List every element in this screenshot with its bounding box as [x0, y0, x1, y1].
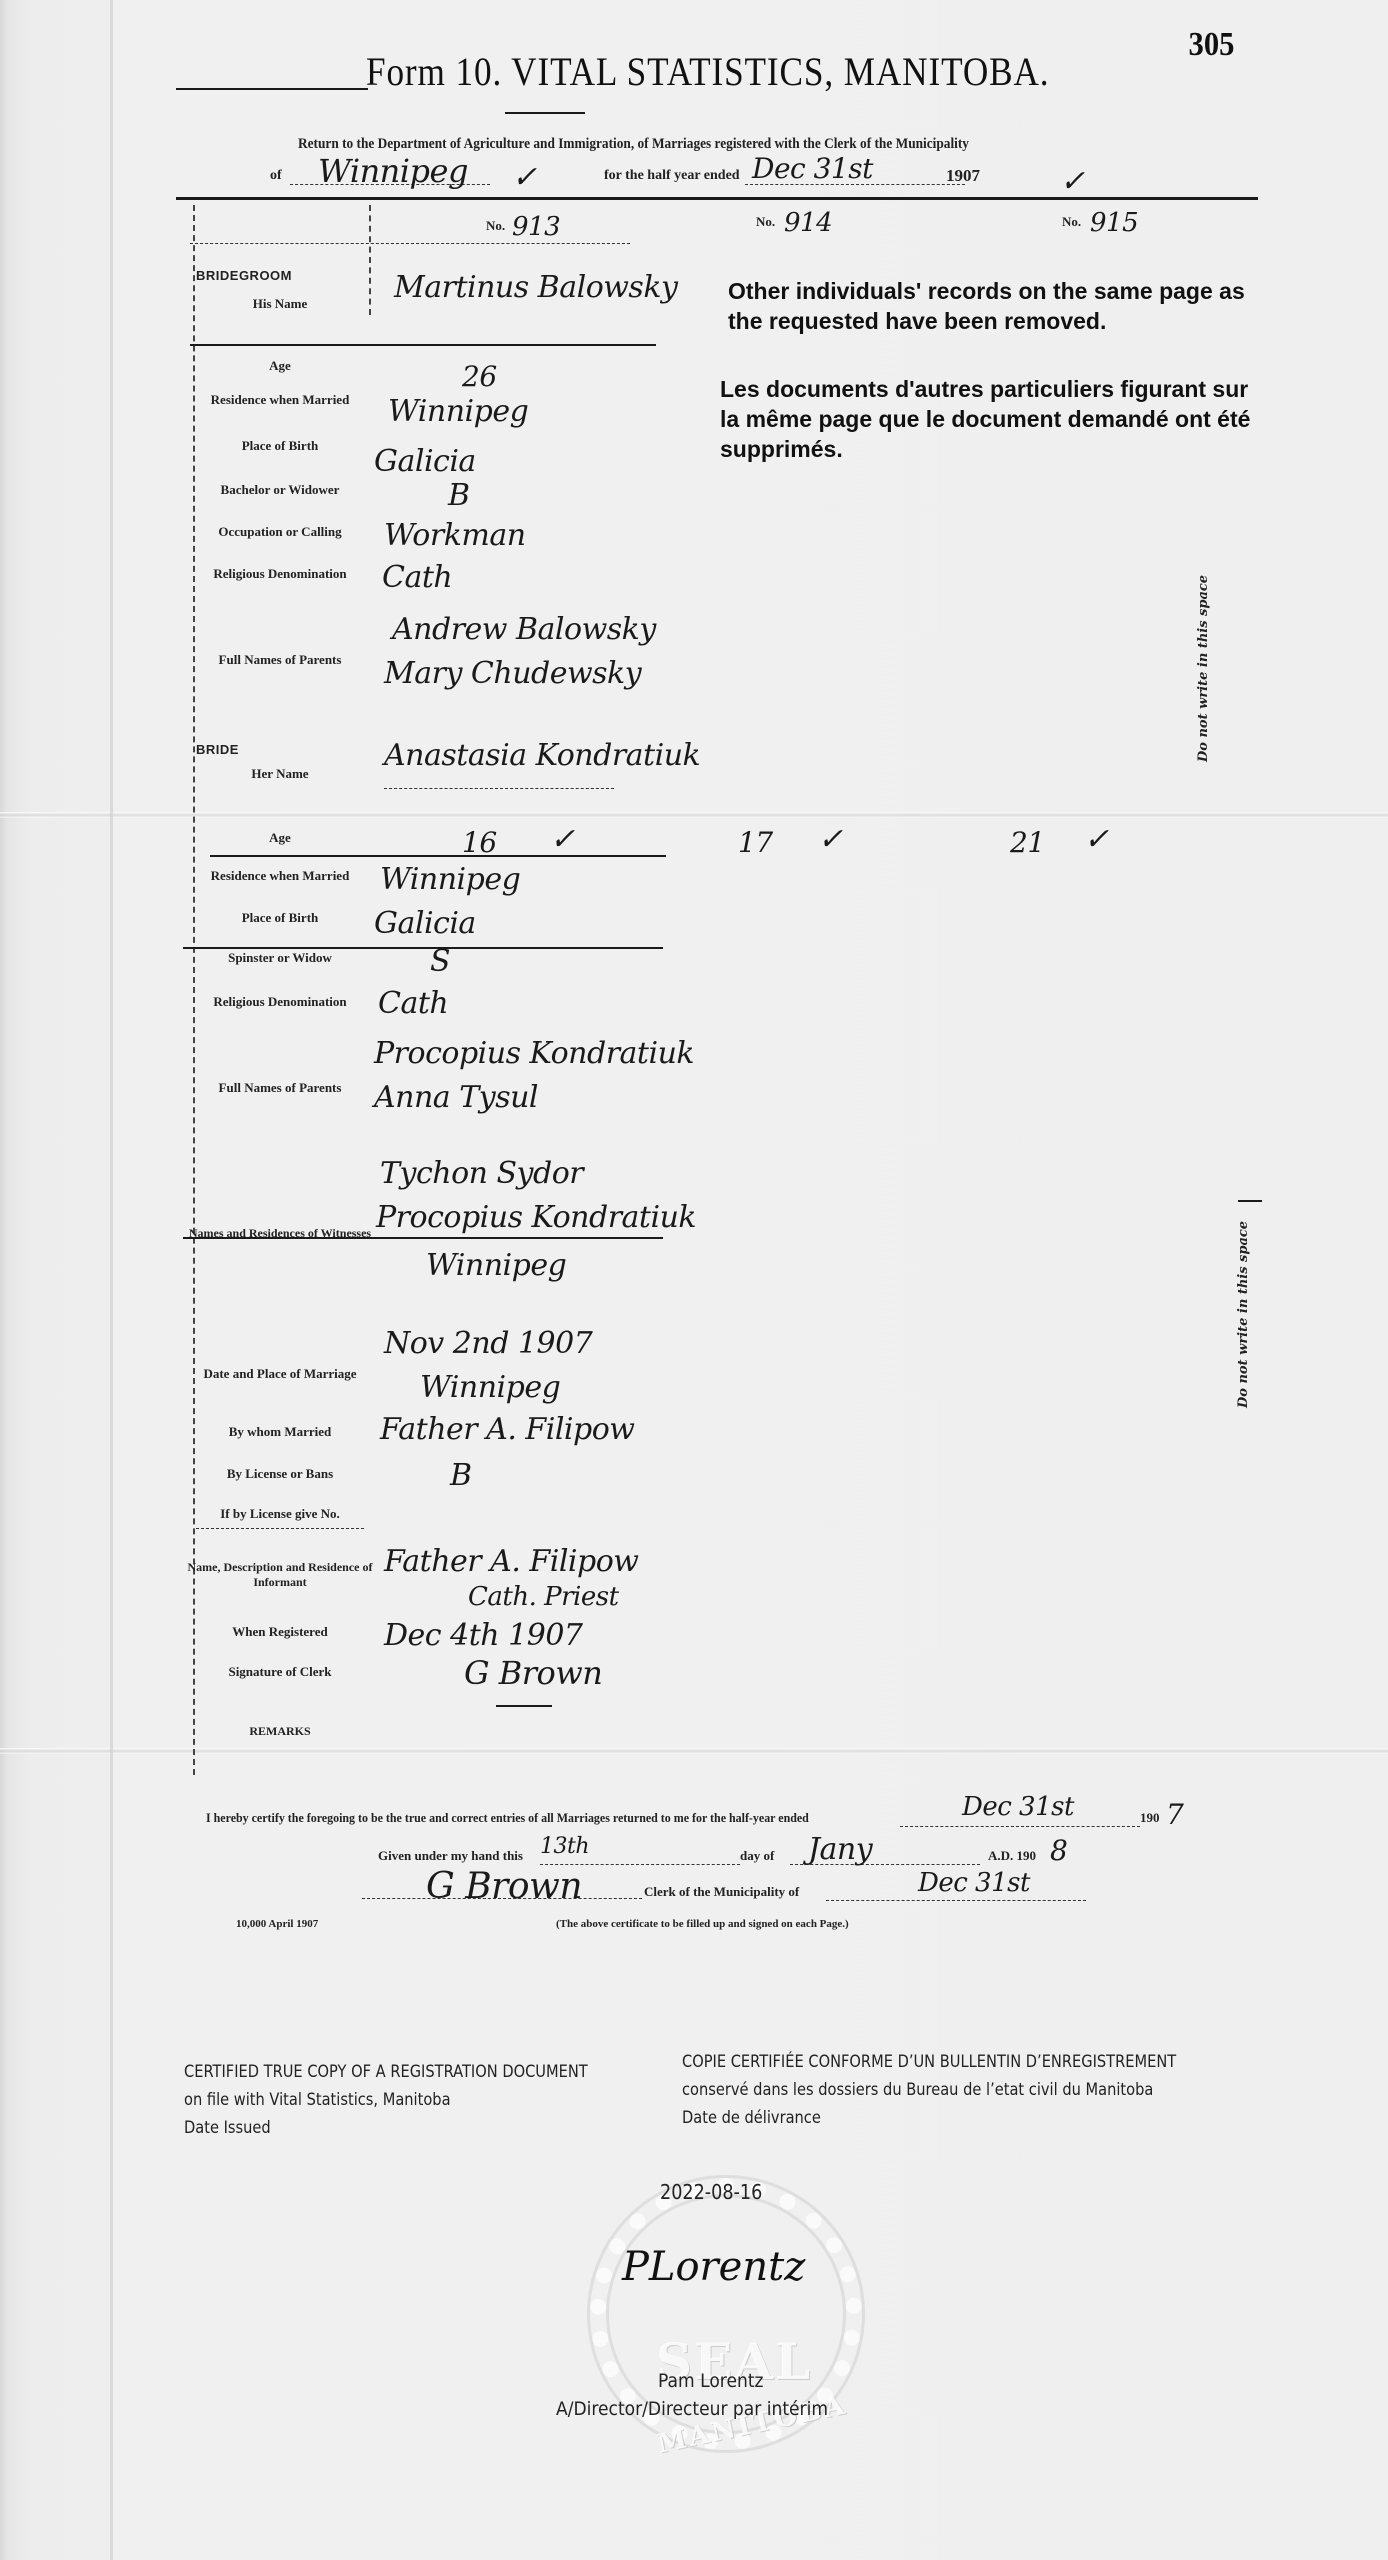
field-label-religion: Religious Denomination	[180, 566, 380, 582]
section-bridegroom: BRIDEGROOM	[196, 268, 396, 283]
other-record-age-914: 17	[738, 826, 773, 859]
field-value-license-bans: B	[450, 1458, 472, 1493]
field-value-witness-2: Procopius Kondratiuk	[376, 1200, 696, 1235]
field-label-his-name: His Name	[180, 296, 380, 312]
half-year-value: Dec 31st	[752, 152, 873, 185]
fold-crease	[0, 1748, 1388, 1754]
margin-note: Do not write in this space	[1236, 1221, 1251, 1408]
field-value-informant: Father A. Filipow	[384, 1544, 638, 1579]
field-label-bride-birthplace: Place of Birth	[180, 910, 380, 926]
field-value-witness-1: Tychon Sydor	[380, 1156, 583, 1191]
field-value-bride-religion: Cath	[378, 986, 448, 1021]
given-day: 13th	[540, 1834, 589, 1859]
form-title: Form 10. VITAL STATISTICS, MANITOBA.	[366, 48, 1049, 95]
redaction-notice-fr: Les documents d'autres particuliers figu…	[720, 374, 1260, 464]
field-value-bride-age: 16	[462, 826, 497, 859]
clerk-label: Clerk of the Municipality of	[644, 1884, 799, 1900]
field-label-marriage-date-place: Date and Place of Marriage	[180, 1366, 380, 1382]
field-value-clerk-signature: G Brown	[464, 1654, 602, 1692]
cert-clerk-signature: G Brown	[426, 1866, 582, 1907]
header-rule-left	[176, 88, 368, 90]
certify-text: I hereby certify the foregoing to be the…	[206, 1810, 809, 1826]
ad-label: A.D. 190	[988, 1848, 1036, 1864]
given-label: Given under my hand this	[378, 1848, 523, 1864]
cert-underline	[540, 1864, 740, 1865]
margin-note: Do not write in this space	[1196, 575, 1211, 762]
cert-line2-fr: conservé dans les dossiers du Bureau de …	[682, 2076, 1153, 2104]
field-label-witnesses: Names and Residences of Witnesses	[180, 1226, 380, 1241]
signatory-name: Pam Lorentz	[658, 2370, 764, 2392]
row-rule	[196, 1528, 364, 1529]
field-value-marriage-place: Winnipeg	[420, 1370, 560, 1405]
field-label-officiant: By whom Married	[180, 1424, 380, 1440]
cert-year-prefix: 190	[1140, 1810, 1160, 1826]
cert-underline	[900, 1826, 1140, 1827]
cert-line3-en: Date Issued	[184, 2114, 271, 2142]
record-no-label-913: No.	[486, 218, 505, 234]
field-label-bride-residence: Residence when Married	[180, 868, 380, 884]
field-value-informant-desc: Cath. Priest	[468, 1582, 619, 1612]
field-value-occupation: Workman	[384, 518, 526, 553]
field-label-bride-parents: Full Names of Parents	[180, 1080, 380, 1096]
field-value-officiant: Father A. Filipow	[380, 1412, 634, 1447]
signature-underline	[496, 1705, 552, 1707]
cert-title-en: CERTIFIED TRUE COPY OF A REGISTRATION DO…	[184, 2058, 588, 2086]
field-value-birthplace: Galicia	[374, 444, 476, 479]
document-page: 305 Form 10. VITAL STATISTICS, MANITOBA.…	[0, 0, 1388, 2560]
checkmark: ✓	[512, 160, 537, 195]
fold-crease	[110, 0, 113, 2560]
row-rule	[210, 855, 666, 857]
field-value-bride-residence: Winnipeg	[380, 862, 520, 897]
record-no-913: 913	[512, 212, 560, 242]
header-rule	[176, 197, 1258, 200]
cert-year-suffix: 7	[1166, 1798, 1183, 1831]
field-value-residence: Winnipeg	[388, 394, 528, 429]
half-year-label: for the half year ended	[604, 168, 740, 184]
field-label-license-no: If by License give No.	[180, 1506, 380, 1522]
field-value-bachelor-widower: B	[448, 478, 470, 513]
field-label-age: Age	[180, 358, 380, 374]
checkmark: ✓	[1060, 164, 1085, 199]
field-value-bride-father: Procopius Kondratiuk	[374, 1036, 694, 1071]
record-no-label-914: No.	[756, 214, 775, 230]
checkmark: ✓	[818, 822, 843, 857]
date-issued: 2022-08-16	[660, 2180, 762, 2204]
row-rule	[183, 947, 663, 949]
row-rule	[190, 243, 630, 244]
redaction-notice-en: Other individuals' records on the same p…	[728, 276, 1248, 336]
print-imprint: 10,000 April 1907	[236, 1918, 318, 1930]
record-no-914: 914	[784, 208, 832, 238]
return-line: Return to the Department of Agriculture …	[298, 136, 969, 153]
checkmark: ✓	[550, 822, 575, 857]
cert-half-year-date: Dec 31st	[962, 1792, 1074, 1822]
record-no-915: 915	[1090, 208, 1138, 238]
title-ornament	[505, 112, 585, 114]
section-bride: BRIDE	[196, 742, 396, 757]
field-value-when-registered: Dec 4th 1907	[384, 1618, 583, 1653]
cert-line3-fr: Date de délivrance	[682, 2104, 821, 2132]
row-rule	[190, 344, 656, 346]
field-label-residence: Residence when Married	[180, 392, 380, 408]
field-value-religion: Cath	[382, 560, 452, 595]
municipality-value: Winnipeg	[318, 152, 468, 190]
field-label-bride-religion: Religious Denomination	[180, 994, 380, 1010]
fold-crease	[0, 812, 1388, 818]
field-label-remarks: REMARKS	[180, 1724, 380, 1739]
signatory-title: A/Director/Directeur par intérim	[556, 2398, 828, 2420]
field-value-his-name: Martinus Balowsky	[394, 270, 677, 305]
cert-underline	[826, 1900, 1086, 1901]
field-value-witness-residence: Winnipeg	[426, 1248, 566, 1283]
year-value: 1907	[946, 166, 980, 186]
field-label-when-registered: When Registered	[180, 1624, 380, 1640]
of-label: of	[270, 168, 282, 184]
page-number: 305	[1189, 26, 1235, 64]
field-label-informant: Name, Description and Residence of Infor…	[180, 1560, 380, 1590]
other-record-age-915: 21	[1010, 826, 1045, 859]
field-label-birthplace: Place of Birth	[180, 438, 380, 454]
checkmark: ✓	[1084, 822, 1109, 857]
field-value-mother: Mary Chudewsky	[384, 656, 641, 691]
name-underline	[384, 788, 614, 789]
clerk-municipality: Dec 31st	[918, 1868, 1030, 1898]
field-value-spinster-widow: S	[430, 944, 450, 979]
given-month: Jany	[808, 1832, 872, 1867]
day-of-label: day of	[740, 1848, 774, 1864]
field-label-her-name: Her Name	[180, 766, 380, 782]
field-value-age: 26	[462, 360, 497, 393]
margin-tick	[1238, 1200, 1262, 1202]
director-signature: PLorentz	[622, 2244, 805, 2290]
record-no-label-915: No.	[1062, 214, 1081, 230]
cert-footnote: (The above certificate to be filled up a…	[556, 1918, 849, 1930]
field-value-bride-birthplace: Galicia	[374, 906, 476, 941]
field-label-occupation: Occupation or Calling	[180, 524, 380, 540]
field-value-father: Andrew Balowsky	[392, 612, 656, 647]
field-label-license-bans: By License or Bans	[180, 1466, 380, 1482]
field-value-marriage-date: Nov 2nd 1907	[384, 1326, 592, 1361]
cert-line2-en: on file with Vital Statistics, Manitoba	[184, 2086, 451, 2114]
field-label-clerk-signature: Signature of Clerk	[180, 1664, 380, 1680]
field-label-bride-age: Age	[180, 830, 380, 846]
field-value-her-name: Anastasia Kondratiuk	[384, 738, 700, 773]
field-value-bride-mother: Anna Tysul	[374, 1080, 538, 1115]
field-label-parents: Full Names of Parents	[180, 652, 380, 668]
ad-year-suffix: 8	[1050, 1834, 1067, 1867]
field-label-bachelor-widower: Bachelor or Widower	[180, 482, 380, 498]
cert-title-fr: COPIE CERTIFIÉE CONFORME D’UN BULLENTIN …	[682, 2048, 1176, 2076]
field-label-spinster-widow: Spinster or Widow	[180, 950, 380, 966]
